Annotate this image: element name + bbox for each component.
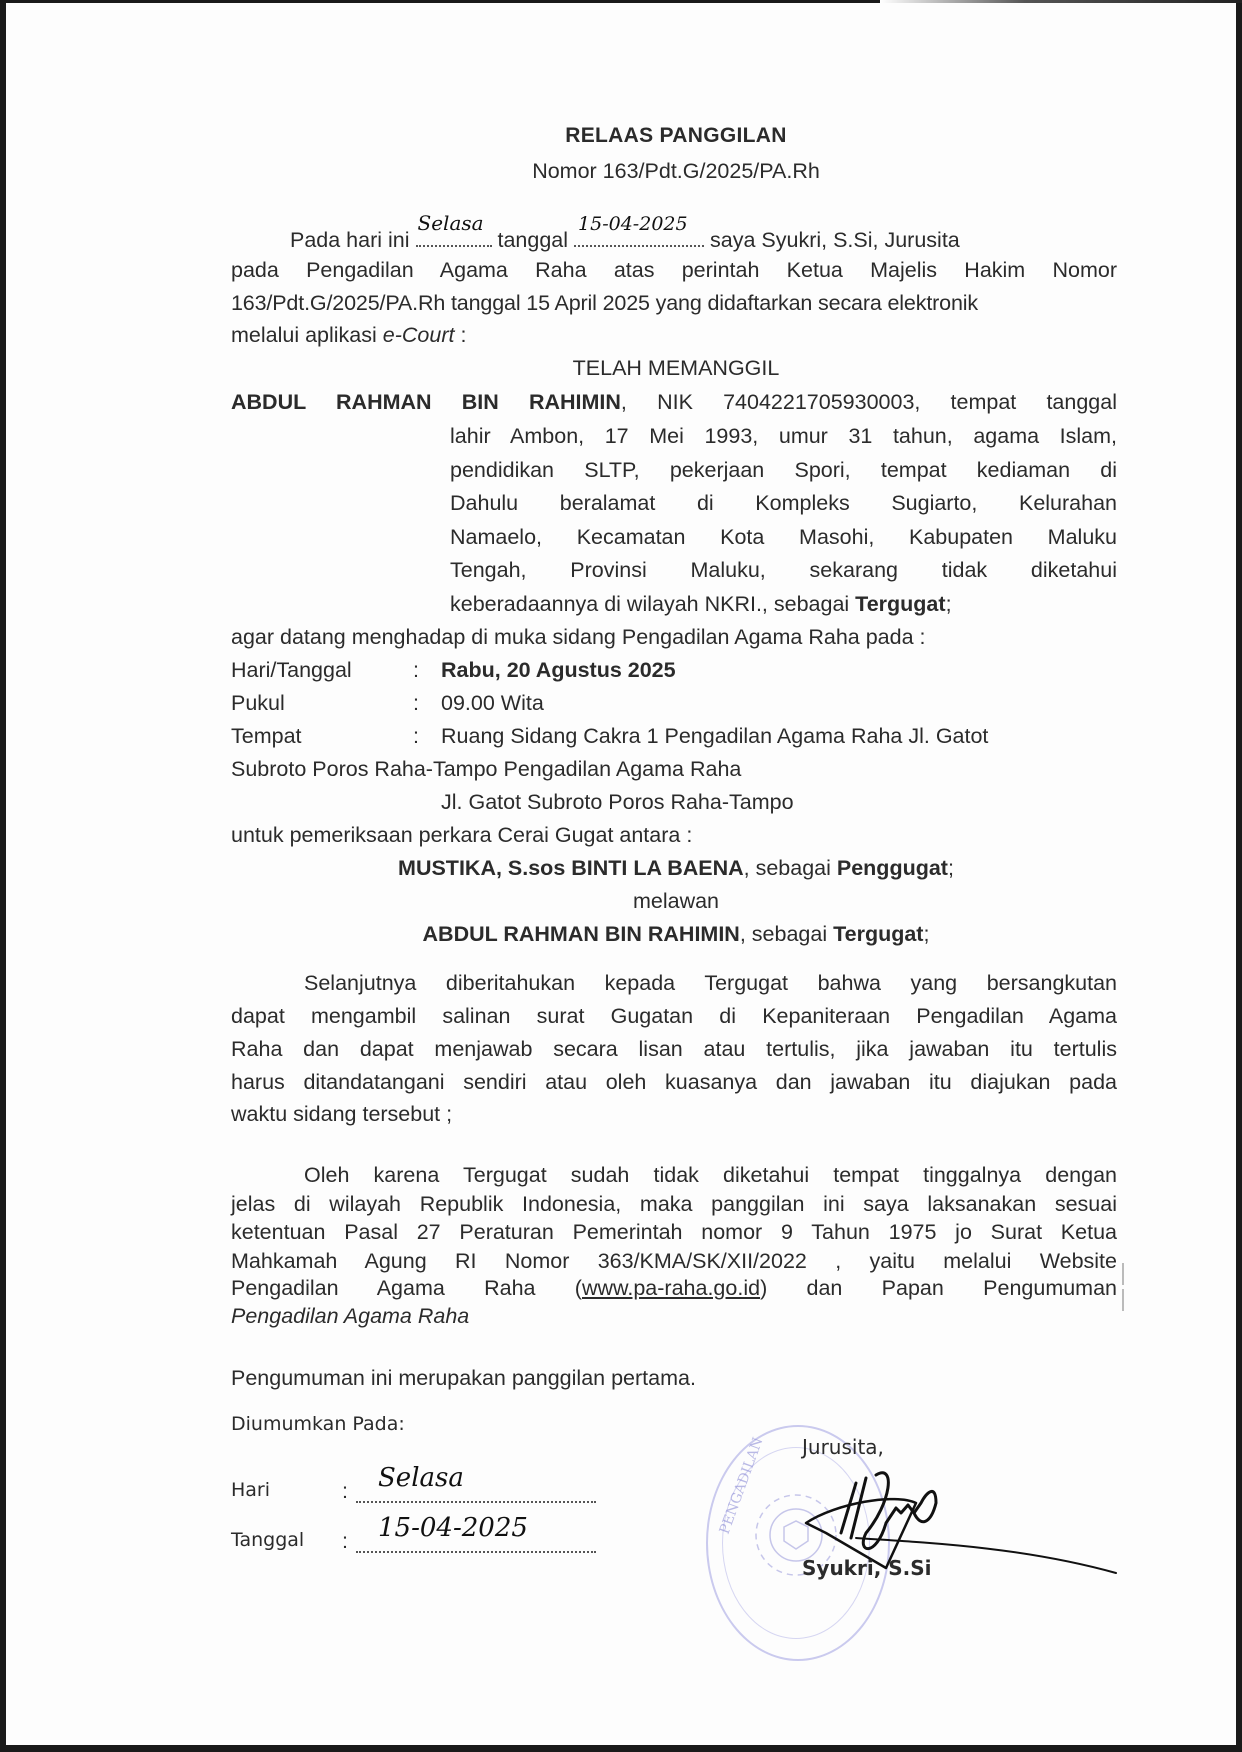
paragraph-2-line: ketentuan Pasal 27 Peraturan Pemerintah …	[231, 1222, 1117, 1244]
schedule-colon: :	[413, 693, 419, 715]
paragraph-2-line-5: Pengadilan Agama Raha (www.pa-raha.go.id…	[231, 1278, 1117, 1300]
announced-label: Tanggal	[231, 1531, 304, 1550]
place-address: Jl. Gatot Subroto Poros Raha-Tampo	[441, 792, 794, 814]
schedule-colon: :	[413, 726, 419, 748]
plaintiff-end: ;	[948, 856, 954, 880]
p2l5-suffix: ) dan Papan Pengumuman	[760, 1276, 1117, 1300]
plaintiff-name: MUSTIKA, S.sos BINTI LA BAENA	[398, 856, 744, 880]
defendant-name: ABDUL RAHMAN BIN RAHIMIN	[231, 390, 621, 414]
paragraph-1-line: dapat mengambil salinan surat Gugatan di…	[231, 1006, 1117, 1028]
schedule-value: Rabu, 20 Agustus 2025	[441, 660, 676, 682]
document-title: RELAAS PANGGILAN	[6, 125, 1242, 146]
place-continuation: Subroto Poros Raha-Tampo Pengadilan Agam…	[231, 759, 741, 781]
paragraph-1-line: Selanjutnya diberitahukan kepada Terguga…	[304, 973, 1117, 995]
announced-colon: :	[342, 1531, 348, 1553]
paragraph-2-line: jelas di wilayah Republik Indonesia, mak…	[231, 1194, 1117, 1216]
intro-l4-suffix: :	[454, 323, 466, 347]
intro-l4-prefix: melalui aplikasi	[231, 323, 377, 347]
schedule-colon: :	[413, 660, 419, 682]
schedule-label: Hari/Tanggal	[231, 660, 352, 682]
intro-line-1: Pada hari ini Selasa tanggal 15-04-2025 …	[290, 227, 960, 252]
plaintiff-line: MUSTIKA, S.sos BINTI LA BAENA, sebagai P…	[6, 858, 1242, 880]
intro-line-2: pada Pengadilan Agama Raha atas perintah…	[231, 260, 1117, 282]
intro-tanggal: tanggal	[498, 228, 569, 252]
plaintiff-mid: , sebagai	[744, 856, 837, 880]
stamp-text: PENGADILAN	[717, 1435, 767, 1536]
announced-on: Diumumkan Pada:	[231, 1415, 405, 1434]
date-field: 15-04-2025	[574, 227, 704, 247]
signature-role: Jurusita,	[802, 1437, 884, 1457]
paragraph-2-line: Oleh karena Tergugat sudah tidak diketah…	[304, 1165, 1117, 1187]
intro-line-3: 163/Pdt.G/2025/PA.Rh tanggal 15 April 20…	[231, 293, 978, 315]
schedule-label: Pukul	[231, 693, 285, 715]
defendant-role: Tergugat	[855, 592, 945, 616]
defendant-last-prefix: keberadaannya di wilayah NKRI., sebagai	[450, 592, 855, 616]
defendant-party-role: Tergugat	[833, 922, 923, 946]
paragraph-2-line: Mahkamah Agung RI Nomor 363/KMA/SK/XII/2…	[231, 1251, 1117, 1273]
defendant-last-suffix: ;	[946, 592, 952, 616]
defendant-detail-line: Namaelo, Kecamatan Kota Masohi, Kabupate…	[450, 527, 1117, 549]
ecourt-label: e-Court	[383, 323, 455, 347]
handwritten-day: Selasa	[418, 213, 484, 233]
document-page: RELAAS PANGGILAN Nomor 163/Pdt.G/2025/PA…	[6, 3, 1236, 1745]
defendant-line-1: ABDUL RAHMAN BIN RAHIMIN, NIK 7404221705…	[231, 392, 1117, 414]
paragraph-1-line: Raha dan dapat menjawab secara lisan ata…	[231, 1039, 1117, 1061]
defendant-detail-line: Tengah, Provinsi Maluku, sekarang tidak …	[450, 560, 1117, 582]
handwritten-announced-value: Selasa	[378, 1465, 464, 1491]
intro-line-4: melalui aplikasi e-Court :	[231, 325, 466, 347]
day-field: Selasa	[416, 227, 492, 247]
defendant-detail-line: pendidikan SLTP, pekerjaan Spori, tempat…	[450, 460, 1117, 482]
p2l5-prefix: Pengadilan Agama Raha (	[231, 1276, 582, 1300]
announced-label: Hari	[231, 1481, 270, 1500]
scan-edge	[880, 0, 1242, 3]
defendant-detail-line: Dahulu beralamat di Kompleks Sugiarto, K…	[450, 493, 1117, 515]
paragraph-2-last: Pengadilan Agama Raha	[231, 1306, 469, 1328]
signatory-name: Syukri, S.Si	[802, 1558, 932, 1578]
scan-mark	[1122, 1289, 1124, 1311]
handwritten-announced-value: 15-04-2025	[378, 1515, 528, 1541]
paragraph-1-last: waktu sidang tersebut ;	[231, 1104, 452, 1126]
versus-text: melawan	[6, 891, 1242, 913]
defendant-party-name: ABDUL RAHMAN BIN RAHIMIN	[423, 922, 740, 946]
schedule-value: 09.00 Wita	[441, 693, 544, 715]
summons-intro: agar datang menghadap di muka sidang Pen…	[231, 627, 926, 649]
schedule-label: Tempat	[231, 726, 302, 748]
intro-suffix: saya Syukri, S.Si, Jurusita	[710, 228, 960, 252]
paragraph-1-line: harus ditandatangani sendiri atau oleh k…	[231, 1072, 1117, 1094]
schedule-value: Ruang Sidang Cakra 1 Pengadilan Agama Ra…	[441, 726, 988, 748]
document-number: Nomor 163/Pdt.G/2025/PA.Rh	[6, 161, 1242, 183]
defendant-nik: , NIK 7404221705930003, tempat tanggal	[621, 390, 1117, 414]
defendant-party-end: ;	[923, 922, 929, 946]
called-heading: TELAH MEMANGGIL	[6, 358, 1242, 380]
defendant-detail-line: lahir Ambon, 17 Mei 1993, umur 31 tahun,…	[450, 426, 1117, 448]
defendant-party-mid: , sebagai	[740, 922, 833, 946]
website-link[interactable]: www.pa-raha.go.id	[582, 1276, 760, 1300]
plaintiff-role: Penggugat	[837, 856, 948, 880]
scan-mark	[1122, 1263, 1124, 1285]
announcement-note: Pengumuman ini merupakan panggilan perta…	[231, 1368, 696, 1390]
announced-colon: :	[342, 1481, 348, 1503]
handwritten-date: 15-04-2025	[578, 215, 688, 234]
defendant-last-line: keberadaannya di wilayah NKRI., sebagai …	[450, 594, 952, 616]
case-intro: untuk pemeriksaan perkara Cerai Gugat an…	[231, 825, 692, 847]
defendant-party-line: ABDUL RAHMAN BIN RAHIMIN, sebagai Tergug…	[6, 924, 1242, 946]
intro-prefix: Pada hari ini	[290, 228, 410, 252]
